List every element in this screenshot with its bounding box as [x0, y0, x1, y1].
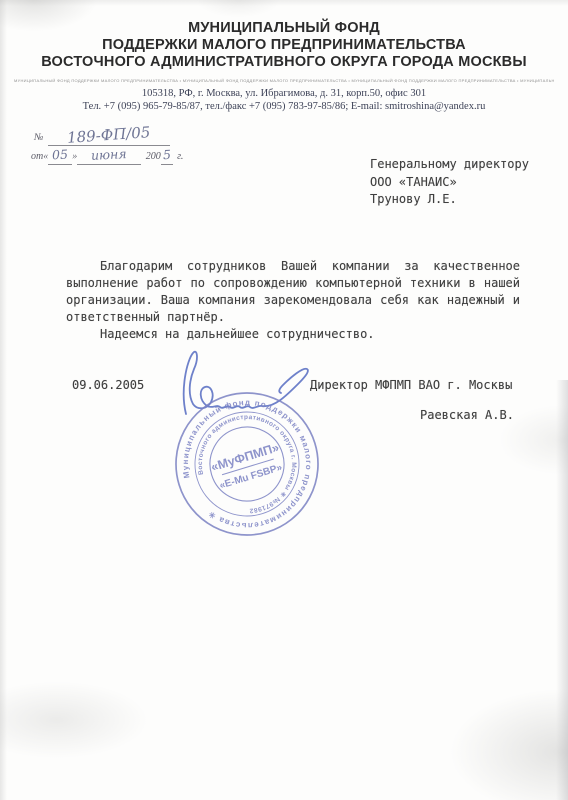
reference-year-printed: 200 — [146, 151, 161, 162]
reference-year-handwritten: 5 — [160, 147, 173, 163]
letterhead-contacts: Тел. +7 (095) 965-79-85/87, тел./факс +7… — [0, 101, 568, 112]
reference-day-handwritten: 05 — [50, 146, 71, 162]
reference-year-line: 5 — [161, 146, 173, 165]
body-line: ответственный партнёр. — [66, 309, 520, 326]
scanned-letter-page: МУНИЦИПАЛЬНЫЙ ФОНД ПОДДЕРЖКИ МАЛОГО ПРЕД… — [0, 0, 568, 800]
recipient-company: ООО «ТАНАИС» — [370, 174, 529, 192]
letter-body: Благодарим сотрудников Вашей компании за… — [66, 258, 520, 343]
letter-date: 09.06.2005 — [72, 377, 144, 394]
reference-day-line: 05 — [48, 146, 72, 165]
reference-year-suffix: г. — [177, 151, 183, 162]
signer-title: Директор МФПМП ВАО г. Москвы — [310, 377, 512, 394]
reference-month-line: июня — [77, 146, 141, 165]
recipient-person: Трунову Л.Е. — [370, 191, 529, 209]
body-line: организации. Ваша компания зарекомендова… — [66, 292, 520, 309]
letterhead-title-line2: ПОДДЕРЖКИ МАЛОГО ПРЕДПРИНИМАТЕЛЬСТВА — [0, 37, 568, 54]
letterhead-address: 105318, РФ, г. Москва, ул. Ибрагимова, д… — [0, 88, 568, 99]
reference-number-line: 189-ФП/05 — [48, 126, 170, 146]
signer-name: Раевская А.В. — [420, 407, 514, 424]
reference-month-handwritten: июня — [89, 146, 129, 163]
recipient-position: Генеральному директору — [370, 156, 529, 174]
letterhead-title-line3: ВОСТОЧНОГО АДМИНИСТРАТИВНОГО ОКРУГА ГОРО… — [0, 54, 568, 71]
reference-number-value-handwritten: 189-ФП/05 — [63, 123, 155, 147]
letterhead-microtext: МУНИЦИПАЛЬНЫЙ ФОНД ПОДДЕРЖКИ МАЛОГО ПРЕД… — [14, 78, 554, 83]
scan-edge-shading — [556, 380, 568, 800]
body-line: Надеемся на дальнейшее сотрудничество. — [66, 326, 520, 343]
body-line: Благодарим сотрудников Вашей компании за… — [66, 258, 520, 275]
reference-number-row: № 189-ФП/05 — [34, 126, 170, 146]
recipient-block: Генеральному директору ООО «ТАНАИС» Трун… — [370, 156, 529, 209]
reference-date-row: от«05»июня 2005 г. — [31, 146, 183, 165]
letterhead-title-line1: МУНИЦИПАЛЬНЫЙ ФОНД — [0, 20, 568, 37]
body-line: выполнение работ по сопровождению компью… — [66, 275, 520, 292]
reference-number-label: № — [34, 132, 43, 143]
reference-date-label: от — [31, 151, 43, 162]
